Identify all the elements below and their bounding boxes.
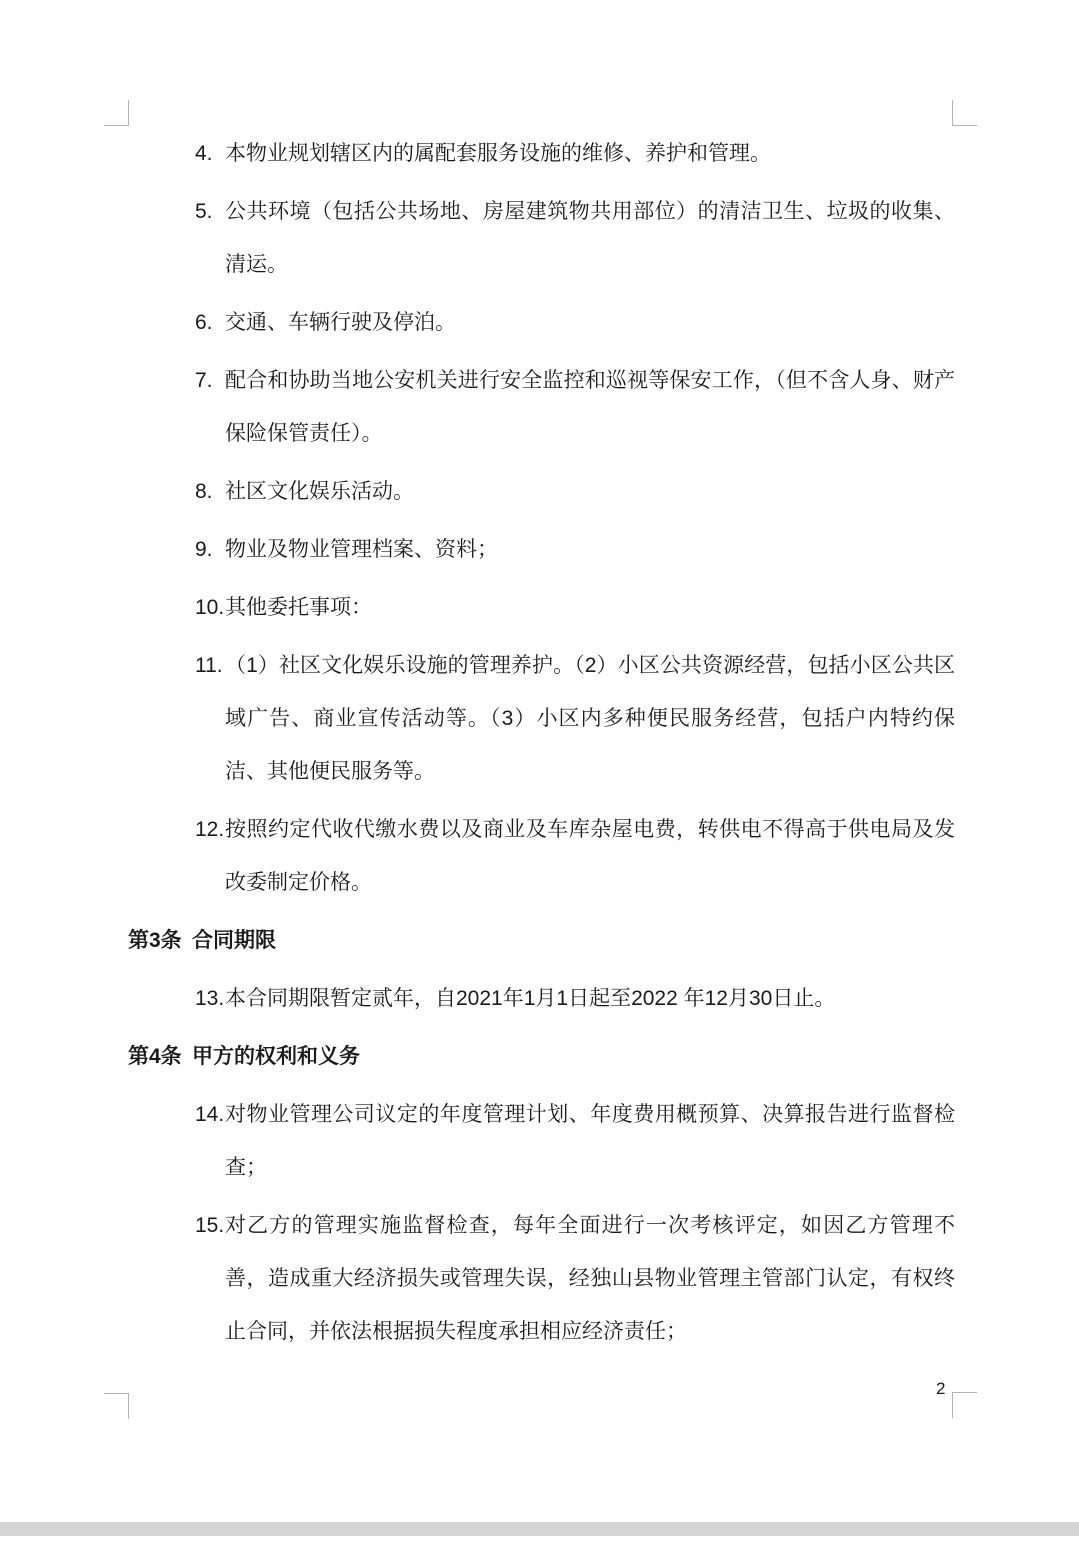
list-item-text: 按照约定代收代缴水费以及商业及车库杂屋电费，转供电不得高于供电局及发改委制定价格… <box>225 803 955 909</box>
list-item-number: 14. <box>195 1088 225 1194</box>
list-item-text: 本物业规划辖区内的属配套服务设施的维修、养护和管理。 <box>225 127 955 180</box>
crop-mark-top-right-icon <box>952 100 977 126</box>
list-item: 8. 社区文化娱乐活动。 <box>195 465 955 518</box>
section-heading-title: 甲方的权利和义务 <box>192 1030 955 1083</box>
list-item-text: 对物业管理公司议定的年度管理计划、年度费用概预算、决算报告进行监督检查； <box>225 1088 955 1194</box>
section-heading: 第3条 合同期限 <box>128 914 955 967</box>
list-item: 11. （1）社区文化娱乐设施的管理养护。（2）小区公共资源经营，包括小区公共区… <box>195 639 955 798</box>
list-item-number: 8. <box>195 465 225 518</box>
section-heading-number: 第3条 <box>128 914 192 967</box>
section-heading-number: 第4条 <box>128 1030 192 1083</box>
section-heading-title: 合同期限 <box>192 914 955 967</box>
list-item-text: 其他委托事项： <box>225 581 955 634</box>
crop-mark-bottom-right-icon <box>952 1392 977 1418</box>
document-page: 4. 本物业规划辖区内的属配套服务设施的维修、养护和管理。 5. 公共环境（包括… <box>0 0 1079 1541</box>
list-item-text: 对乙方的管理实施监督检查，每年全面进行一次考核评定，如因乙方管理不善，造成重大经… <box>225 1199 955 1358</box>
list-item-number: 9. <box>195 523 225 576</box>
list-item: 14. 对物业管理公司议定的年度管理计划、年度费用概预算、决算报告进行监督检查； <box>195 1088 955 1194</box>
list-item: 4. 本物业规划辖区内的属配套服务设施的维修、养护和管理。 <box>195 127 955 180</box>
list-item-number: 6. <box>195 296 225 349</box>
crop-mark-bottom-left-icon <box>104 1393 129 1419</box>
list-item-number: 11. <box>195 639 225 798</box>
list-item-text: 本合同期限暂定贰年，自2021年1月1日起至2022 年12月30日止。 <box>225 972 955 1025</box>
page-number: 2 <box>936 1378 945 1400</box>
crop-mark-top-left-icon <box>104 100 129 126</box>
list-item-number: 10. <box>195 581 225 634</box>
list-item-number: 7. <box>195 354 225 460</box>
list-item: 6. 交通、车辆行驶及停泊。 <box>195 296 955 349</box>
list-item-text: 物业及物业管理档案、资料； <box>225 523 955 576</box>
section-heading: 第4条 甲方的权利和义务 <box>128 1030 955 1083</box>
list-item: 12. 按照约定代收代缴水费以及商业及车库杂屋电费，转供电不得高于供电局及发改委… <box>195 803 955 909</box>
list-item-text: 公共环境（包括公共场地、房屋建筑物共用部位）的清洁卫生、垃圾的收集、清运。 <box>225 185 955 291</box>
list-item-number: 4. <box>195 127 225 180</box>
list-item: 10. 其他委托事项： <box>195 581 955 634</box>
list-item-text: 配合和协助当地公安机关进行安全监控和巡视等保安工作，（但不含人身、财产保险保管责… <box>225 354 955 460</box>
list-item-text: 交通、车辆行驶及停泊。 <box>225 296 955 349</box>
list-item-number: 5. <box>195 185 225 291</box>
document-body: 4. 本物业规划辖区内的属配套服务设施的维修、养护和管理。 5. 公共环境（包括… <box>128 127 955 1363</box>
list-item: 7. 配合和协助当地公安机关进行安全监控和巡视等保安工作，（但不含人身、财产保险… <box>195 354 955 460</box>
list-item-number: 15. <box>195 1199 225 1358</box>
list-item: 15. 对乙方的管理实施监督检查，每年全面进行一次考核评定，如因乙方管理不善，造… <box>195 1199 955 1358</box>
list-item: 9. 物业及物业管理档案、资料； <box>195 523 955 576</box>
list-item-text: 社区文化娱乐活动。 <box>225 465 955 518</box>
list-item-text: （1）社区文化娱乐设施的管理养护。（2）小区公共资源经营，包括小区公共区域广告、… <box>225 639 955 798</box>
list-item-number: 12. <box>195 803 225 909</box>
page-gap-strip <box>0 1522 1079 1536</box>
list-item-number: 13. <box>195 972 225 1025</box>
list-item: 13. 本合同期限暂定贰年，自2021年1月1日起至2022 年12月30日止。 <box>195 972 955 1025</box>
list-item: 5. 公共环境（包括公共场地、房屋建筑物共用部位）的清洁卫生、垃圾的收集、清运。 <box>195 185 955 291</box>
